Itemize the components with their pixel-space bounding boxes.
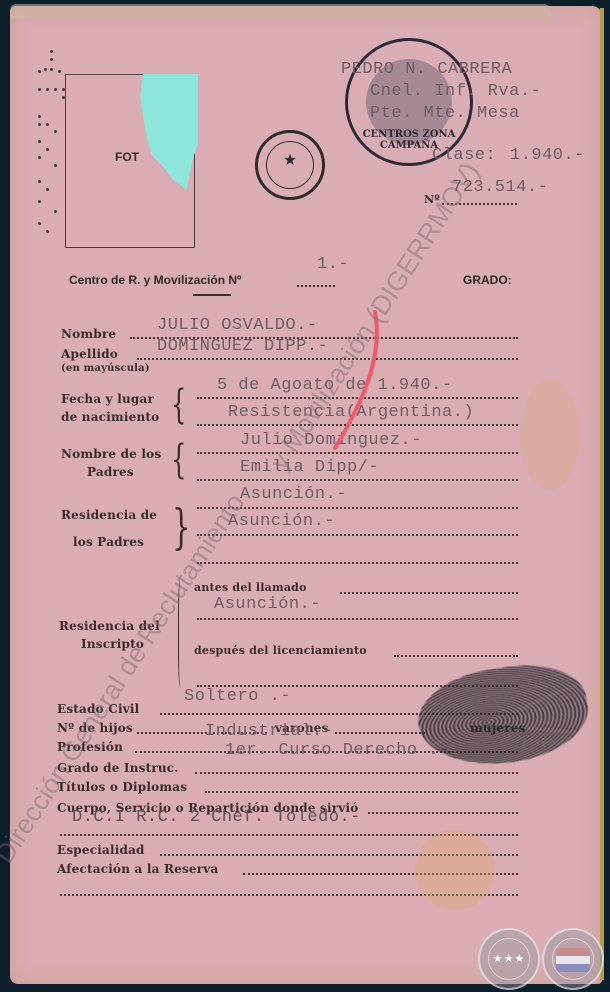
paraguay-flag-seal-icon [542,928,604,990]
padres-label-1: Nombre de los [61,447,161,461]
brace-nacimiento: { [171,385,186,425]
republic-seal-icon: ★ [255,130,325,200]
digerrmov-seal-icon: ★★★ [478,928,540,990]
grado-label: GRADO: [463,273,512,287]
apellido-label: Apellido [61,347,118,361]
res-padres-1: Asunción.- [240,485,347,504]
titulos-label: Títulos o Diplomas [57,780,187,794]
brace-padres: { [171,440,186,480]
res-padres-label-1: Residencia de [61,508,157,522]
apellido-value: DOMINGUEZ DIPP.- [157,337,328,356]
signatory-name: PEDRO N. CABRERA [341,60,512,79]
especialidad-label: Especialidad [57,843,145,857]
centro-label: Centro de R. y Movilización Nº [69,273,241,287]
afectacion-label: Afectación a la Reserva [57,862,218,876]
divider-line [193,294,231,296]
cuerpo-value: D.C.I R.C. 2 Chef. Toledo.- [72,808,361,827]
antes-value: Asunción.- [214,595,321,614]
estado-civil-value: Soltero .- [184,687,291,706]
nombre-label: Nombre [61,327,116,341]
madre-value: Emilia Dipp/- [240,458,379,477]
nacimiento-label-2: de nacimiento [61,410,159,424]
signatory-role: Pte. Mte. Mesa [370,104,520,123]
paper-stain [520,380,580,490]
grado-instruc-value: 1er. Curso Derecho .- [225,741,450,760]
signatory-rank: Cnel. Inf. Rva.- [370,82,541,101]
res-padres-label-2: los Padres [73,535,144,549]
paper-stain [415,830,495,910]
profesion-value: Industrial.- [205,722,333,741]
antes-label: antes del llamado [194,581,307,594]
clase-value: 1.940.- [510,146,585,165]
nombre-value: JULIO OSVALDO.- [157,316,318,335]
photo-box-label: FOT [115,150,139,164]
padres-label-2: Padres [87,465,134,479]
card-right-edge [600,8,604,980]
despues-label: después del licenciamiento [194,644,367,657]
card-top-edge [10,4,550,18]
mayuscula-note: (en mayúscula) [61,363,150,374]
nacimiento-label-1: Fecha y lugar [61,392,154,406]
centro-value: 1.- [317,255,349,274]
